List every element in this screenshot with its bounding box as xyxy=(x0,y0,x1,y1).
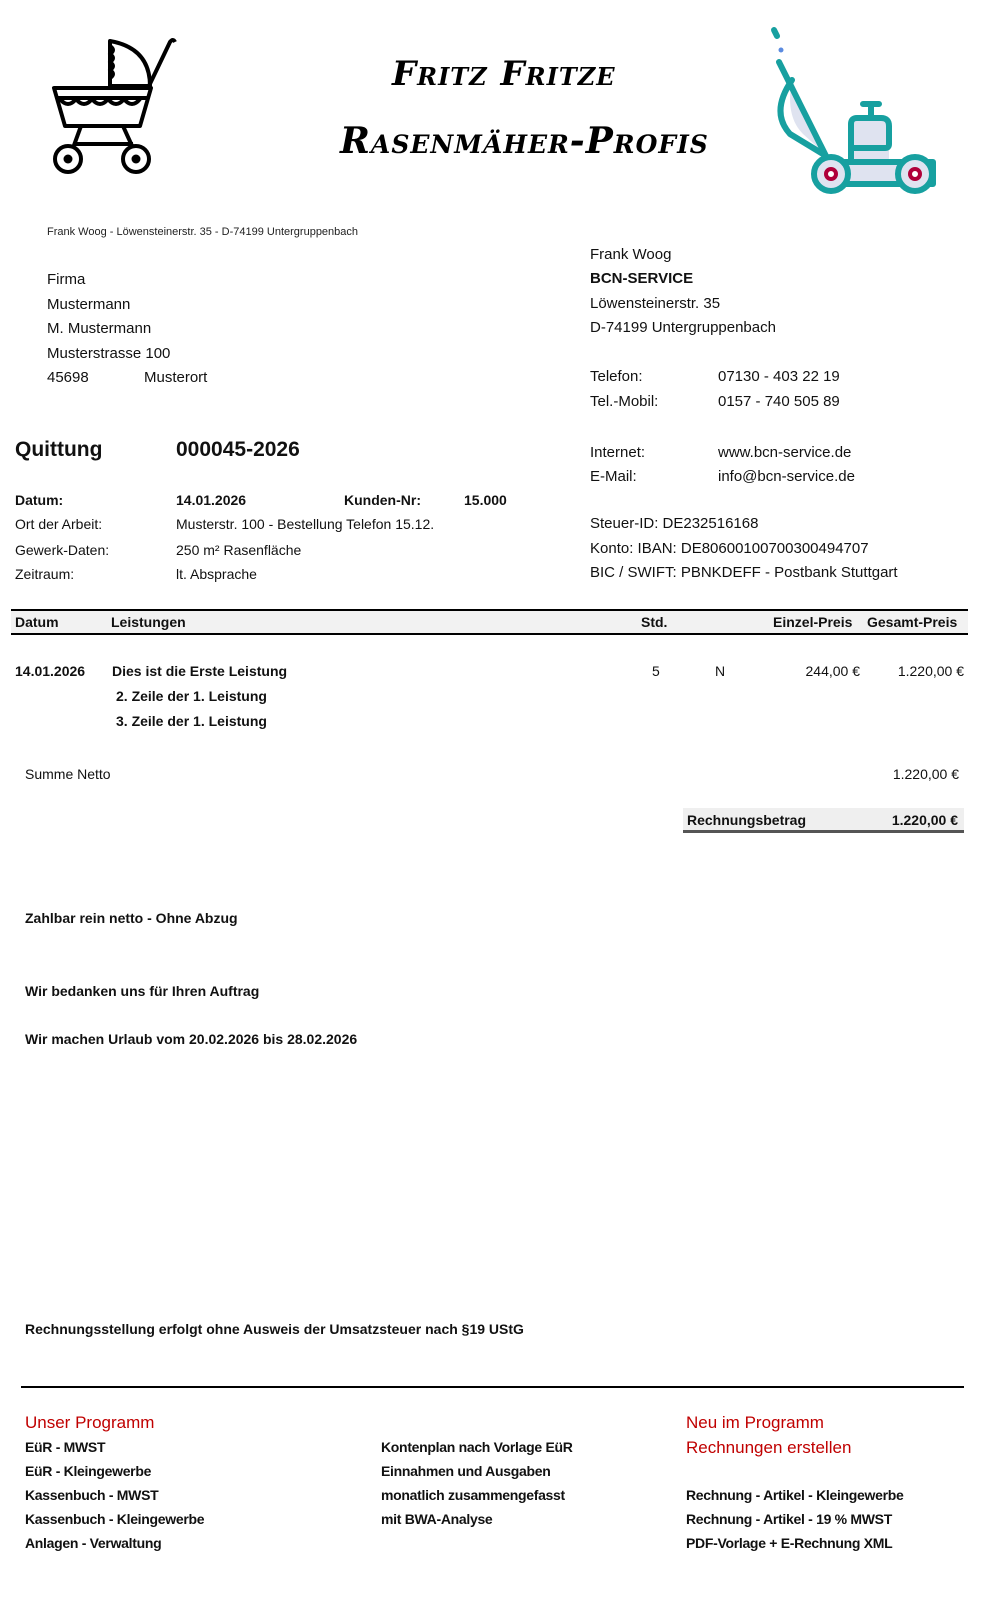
customer-number: 15.000 xyxy=(464,492,507,508)
col-header-total-price: Gesamt-Preis xyxy=(867,614,957,630)
footer-col3-item: PDF-Vorlage + E-Rechnung XML xyxy=(686,1535,892,1551)
recipient-line: Mustermann xyxy=(47,296,130,313)
tax-id: Steuer-ID: DE232516168 xyxy=(590,515,758,532)
footer-col1-item: Anlagen - Verwaltung xyxy=(25,1535,161,1551)
document-type: Quittung xyxy=(15,438,102,462)
row-hours: 5 xyxy=(652,663,660,679)
bank-bic: BIC / SWIFT: PBNKDEFF - Postbank Stuttga… xyxy=(590,564,898,581)
footer-col1-item: Kassenbuch - Kleingewerbe xyxy=(25,1511,204,1527)
contact-value-phone[interactable]: 07130 - 403 22 19 xyxy=(718,368,840,385)
footer-divider xyxy=(21,1386,964,1388)
contact-value-internet[interactable]: www.bcn-service.de xyxy=(718,444,851,461)
row-unit-price: 244,00 € xyxy=(806,663,861,679)
company-street: Löwensteinerstr. 35 xyxy=(590,295,720,312)
contact-label-internet: Internet: xyxy=(590,444,645,461)
footer-col3-item: Rechnung - Artikel - Kleingewerbe xyxy=(686,1487,904,1503)
net-sum-value: 1.220,00 € xyxy=(893,766,959,782)
sender-return-address: Frank Woog - Löwensteinerstr. 35 - D-741… xyxy=(47,226,358,238)
contact-value-email[interactable]: info@bcn-service.de xyxy=(718,468,855,485)
recipient-line: M. Mustermann xyxy=(47,320,151,337)
recipient-line: Firma xyxy=(47,271,85,288)
row-service-line3: 3. Zeile der 1. Leistung xyxy=(116,713,267,729)
footer-col3-title2: Rechnungen erstellen xyxy=(686,1438,851,1458)
row-tax-code: N xyxy=(715,663,725,679)
vacation-note: Wir machen Urlaub vom 20.02.2026 bis 28.… xyxy=(25,1031,357,1047)
date-label: Datum: xyxy=(15,492,63,508)
detail-value: lt. Absprache xyxy=(176,566,257,582)
footer-col3-item: Rechnung - Artikel - 19 % MWST xyxy=(686,1511,892,1527)
customer-label: Kunden-Nr: xyxy=(344,492,421,508)
company-firm: BCN-SERVICE xyxy=(590,270,693,287)
col-header-unit-price: Einzel-Preis xyxy=(773,614,852,630)
company-title-line1: Fritz Fritze xyxy=(392,54,616,94)
table-header: Datum Leistungen Std. Einzel-Preis Gesam… xyxy=(11,609,968,635)
recipient-city: Musterort xyxy=(144,369,207,386)
footer-col2-item: monatlich zusammengefasst xyxy=(381,1487,565,1503)
document-number: 000045-2026 xyxy=(176,438,300,462)
footer-col3-title1: Neu im Programm xyxy=(686,1413,824,1433)
footer-col1-item: Kassenbuch - MWST xyxy=(25,1487,158,1503)
net-sum-label: Summe Netto xyxy=(25,766,111,782)
company-owner: Frank Woog xyxy=(590,246,671,263)
footer-col1-title: Unser Programm xyxy=(25,1413,154,1433)
row-service-line2: 2. Zeile der 1. Leistung xyxy=(116,688,267,704)
footer-col2-item: Kontenplan nach Vorlage EüR xyxy=(381,1439,573,1455)
baby-stroller-icon xyxy=(48,36,178,181)
payment-terms: Zahlbar rein netto - Ohne Abzug xyxy=(25,910,238,926)
row-total-price: 1.220,00 € xyxy=(898,663,964,679)
detail-label: Zeitraum: xyxy=(15,566,74,582)
footer-col1-item: EüR - Kleingewerbe xyxy=(25,1463,151,1479)
contact-label-mobile: Tel.-Mobil: xyxy=(590,393,658,410)
row-date: 14.01.2026 xyxy=(15,663,85,679)
bank-iban: Konto: IBAN: DE80600100700300494707 xyxy=(590,540,869,557)
col-header-service: Leistungen xyxy=(111,614,186,630)
tax-notice: Rechnungsstellung erfolgt ohne Ausweis d… xyxy=(25,1321,524,1337)
col-header-date: Datum xyxy=(15,614,59,630)
detail-label: Ort der Arbeit: xyxy=(15,516,102,532)
col-header-hours: Std. xyxy=(641,614,667,630)
invoice-total-value: 1.220,00 € xyxy=(892,812,958,828)
thanks-note: Wir bedanken uns für Ihren Auftrag xyxy=(25,983,259,999)
lawn-mower-icon xyxy=(765,24,945,199)
detail-value: Musterstr. 100 - Bestellung Telefon 15.1… xyxy=(176,516,434,532)
contact-label-phone: Telefon: xyxy=(590,368,643,385)
footer-col2-item: mit BWA-Analyse xyxy=(381,1511,492,1527)
company-city: D-74199 Untergruppenbach xyxy=(590,319,776,336)
date-value: 14.01.2026 xyxy=(176,492,246,508)
company-title-line2: Rasenmäher-Profis xyxy=(340,120,709,162)
contact-value-mobile[interactable]: 0157 - 740 505 89 xyxy=(718,393,840,410)
detail-value: 250 m² Rasenfläche xyxy=(176,542,301,558)
row-service: Dies ist die Erste Leistung xyxy=(112,663,287,679)
invoice-total-label: Rechnungsbetrag xyxy=(687,812,806,828)
footer-col2-item: Einnahmen und Ausgaben xyxy=(381,1463,550,1479)
footer-col1-item: EüR - MWST xyxy=(25,1439,105,1455)
detail-label: Gewerk-Daten: xyxy=(15,542,109,558)
recipient-zip: 45698 xyxy=(47,369,89,386)
invoice-total-box: Rechnungsbetrag 1.220,00 € xyxy=(683,808,964,833)
contact-label-email: E-Mail: xyxy=(590,468,637,485)
recipient-line: Musterstrasse 100 xyxy=(47,345,170,362)
